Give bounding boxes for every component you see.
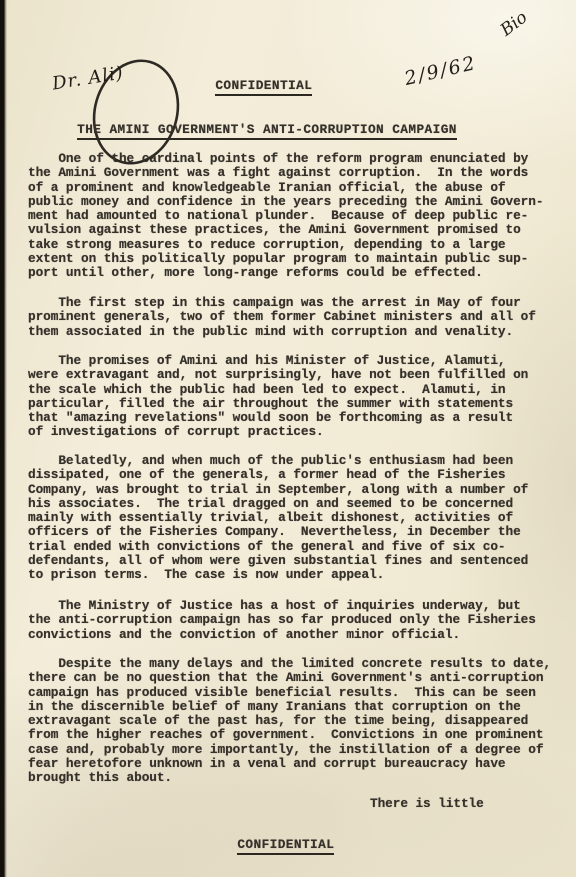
- paragraph-3: The promises of Amini and his Minister o…: [28, 354, 528, 440]
- handwritten-bio-note: Bio: [497, 8, 532, 41]
- paragraph-4: Belatedly, and when much of the public's…: [28, 454, 528, 583]
- handwritten-date-note: 2/9/62: [402, 52, 478, 90]
- paragraph-1: One of the cardinal points of the reform…: [28, 152, 543, 281]
- classification-footer-text: CONFIDENTIAL: [237, 837, 334, 855]
- paragraph-5: The Ministry of Justice has a host of in…: [28, 599, 536, 642]
- classification-header: CONFIDENTIAL: [185, 65, 312, 108]
- paragraph-6: Despite the many delays and the limited …: [28, 657, 551, 786]
- page-title-text: THE AMINI GOVERNMENT'S ANTI-CORRUPTION C…: [77, 122, 457, 140]
- scanned-document-page: Bio 2/9/62 Dr. Ali) CONFIDENTIAL THE AMI…: [0, 0, 576, 877]
- page-title: THE AMINI GOVERNMENT'S ANTI-CORRUPTION C…: [45, 109, 457, 152]
- scan-edge-shadow: [0, 0, 7, 877]
- continuation-line: There is little: [370, 797, 484, 811]
- paragraph-2: The first step in this campaign was the …: [28, 296, 536, 339]
- classification-header-text: CONFIDENTIAL: [215, 78, 312, 96]
- classification-footer: CONFIDENTIAL: [207, 824, 334, 867]
